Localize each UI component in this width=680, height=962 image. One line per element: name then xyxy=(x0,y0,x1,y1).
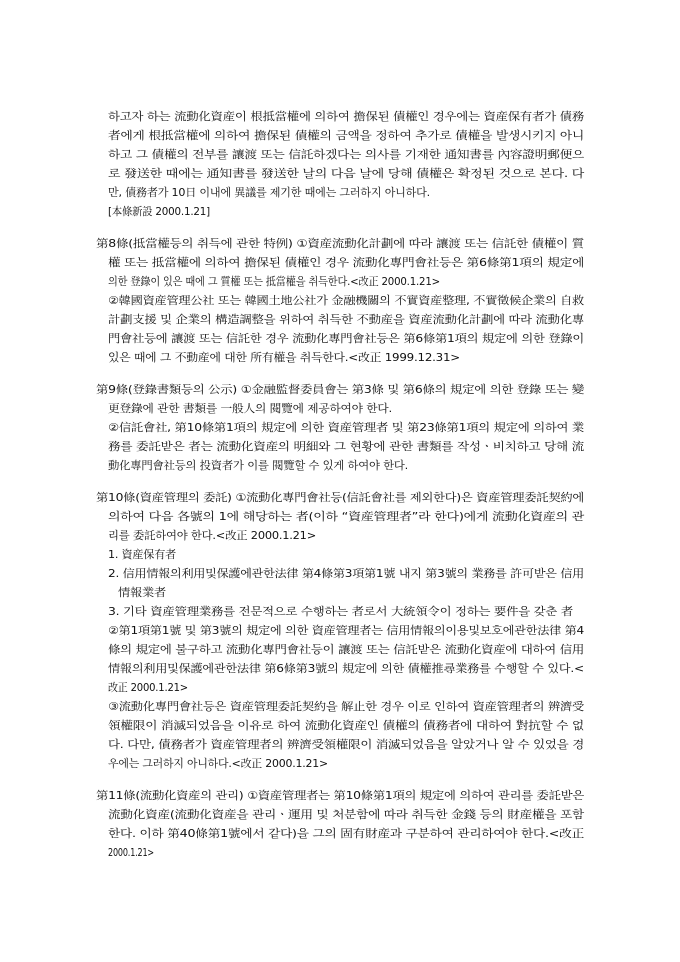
text-line: 第8條(抵當權등의 취득에 관한 特例) ①資産流動化計劃에 따라 讓渡 또는 … xyxy=(96,237,584,251)
text-line: 門會社등에 讓渡 또는 信託한 경우 流動化專門會社등은 第6條第1項의 規定에… xyxy=(108,332,584,346)
text-line: 한다. 이하 第40條第1號에서 같다)을 그의 固有財産과 구분하여 관리하여… xyxy=(108,827,584,841)
text-line: 로 發送한 때에는 通知書를 發送한 날의 다음 날에 당해 債權은 확정된 것… xyxy=(108,167,584,181)
text-line: 流動化資産(流動化資産을 관리ㆍ運用 및 처분함에 따라 취득한 金錢 등의 財… xyxy=(108,808,584,822)
text-line: 計劃支援 및 企業의 構造調整을 위하여 취득한 不動産을 資産流動化計劃에 따… xyxy=(108,313,584,327)
text-line: 更登錄에 관한 書類를 一般人의 閱覽에 제공하여야 한다. xyxy=(108,402,392,416)
text-line: 2. 信用情報의利用및保護에관한法律 第4條第3項第1號 내지 第3號의 業務를… xyxy=(108,567,584,581)
text-line: ②韓國資産管理公社 또는 韓國土地公社가 金融機關의 不實資産整理, 不實徵候企… xyxy=(108,294,584,308)
text-line: ②第1項第1號 및 第3號의 規定에 의한 資産管理者는 信用情報의이용및보호에… xyxy=(108,624,584,638)
text-line: 다. 다만, 債務者가 資産管理者의 辨濟受領權限이 消滅되었음을 알았거나 알… xyxy=(108,738,584,752)
text-line: 務를 委託받은 者는 流動化資産의 明細와 그 현황에 관한 書類를 작성ㆍ비치… xyxy=(108,440,584,454)
text-line: 우에는 그러하지 아니하다.<改正 2000.1.21> xyxy=(108,757,328,771)
document-page: 하고자 하는 流動化資産이 根抵當權에 의하여 擔保된 債權인 경우에는 資産保… xyxy=(0,0,680,962)
text-line: 의한 登錄이 있은 때에 그 質權 또는 抵當權을 취득한다.<改正 2000.… xyxy=(108,275,440,289)
text-line: ②信託會社, 第10條第1項의 規定에 의한 資産管理者 및 第23條第1項의 … xyxy=(108,421,584,435)
text-line: 만, 債務者가 10日 이내에 異議를 제기한 때에는 그러하지 아니하다. xyxy=(108,186,430,200)
text-line: 리를 委託하여야 한다.<改正 2000.1.21> xyxy=(108,529,316,543)
text-line: 改正 2000.1.21> xyxy=(108,681,188,695)
text-line: 第9條(登錄書類등의 公示) ①金融監督委員會는 第3條 및 第6條의 規定에 … xyxy=(96,383,584,397)
text-line: 의하여 다음 各號의 1에 해당하는 者(이하 “資産管理者”라 한다)에게 流… xyxy=(108,510,584,524)
text-line: 2000.1.21> xyxy=(108,846,154,860)
text-line: 者에게 根抵當權에 의하여 擔保된 債權의 금액을 정하여 추가로 債權을 발생… xyxy=(108,129,584,143)
text-line: 있은 때에 그 不動産에 대한 所有權을 취득한다.<改正 1999.12.31… xyxy=(108,351,460,365)
text-line: 條의 規定에 불구하고 流動化專門會社등이 讓渡 또는 信託받은 流動化資産에 … xyxy=(108,643,584,657)
text-line: ③流動化專門會社등은 資産管理委託契約을 解止한 경우 이로 인하여 資産管理者… xyxy=(108,700,584,714)
text-line: [本條新設 2000.1.21] xyxy=(108,205,210,219)
text-line: 하고자 하는 流動化資産이 根抵當權에 의하여 擔保된 債權인 경우에는 資産保… xyxy=(108,110,584,124)
text-line: 1. 資産保有者 xyxy=(108,548,176,562)
text-line: 動化專門會社등의 投資者가 이를 閱覽할 수 있게 하여야 한다. xyxy=(108,459,408,473)
text-line: 第10條(資産管理의 委託) ①流動化專門會社등(信託會社를 제외한다)은 資産… xyxy=(96,491,584,505)
text-line: 第11條(流動化資産의 관리) ①資産管理者는 第10條第1項의 規定에 의하여… xyxy=(96,789,584,803)
text-line: 權 또는 抵當權에 의하여 擔保된 債權인 경우 流動化專門會社등은 第6條第1… xyxy=(108,256,584,270)
text-line: 3. 기타 資産管理業務를 전문적으로 수행하는 者로서 大統領令이 정하는 要… xyxy=(108,605,573,619)
text-line: 領權限이 消滅되었음을 이유로 하여 流動化資産인 債權의 債務者에 대하여 對… xyxy=(108,719,584,733)
text-line: 情報의利用및保護에관한法律 第6條第3號의 規定에 의한 債權推尋業務를 수행할… xyxy=(108,662,584,676)
text-line: 情報業者 xyxy=(118,586,166,600)
text-line: 하고 그 債權의 전부를 讓渡 또는 信託하겠다는 의사를 기재한 通知書를 內… xyxy=(108,148,584,162)
